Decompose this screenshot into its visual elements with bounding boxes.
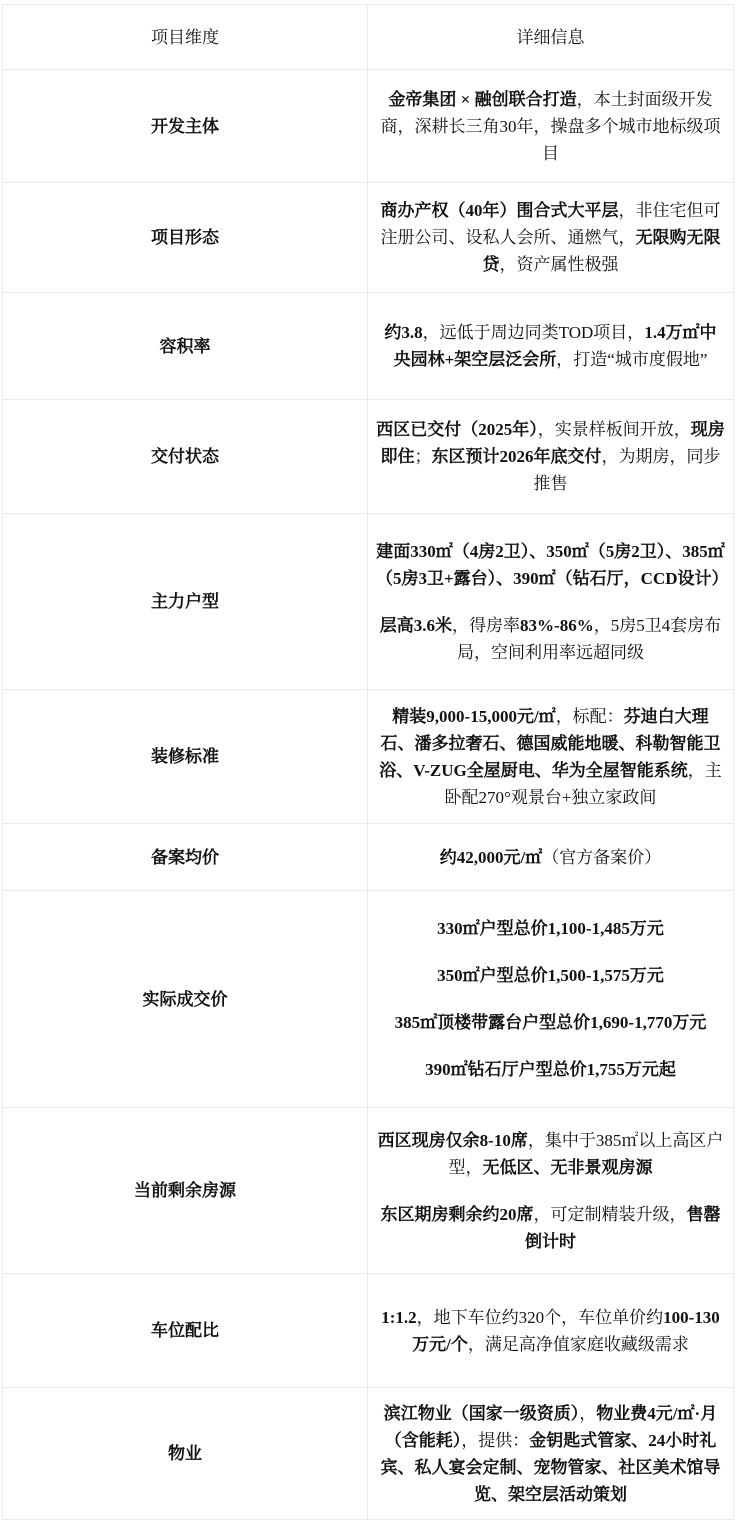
cell-paragraph: 西区已交付（2025年），实景样板间开放，现房即住；东区预计2026年底交付，为… (376, 416, 725, 497)
row-value: 商办产权（40年）围合式大平层，非住宅但可注册公司、设私人会所、通燃气，无限购无… (368, 183, 733, 292)
page: 项目维度 详细信息 开发主体 金帝集团 × 融创联合打造，本土封面级开发商，深耕… (0, 4, 740, 1526)
cell-paragraph: 约42,000元/㎡（官方备案价） (440, 844, 661, 871)
cell-paragraph: 西区现房仅余8-10席，集中于385㎡以上高区户型，无低区、无非景观房源 (376, 1127, 725, 1181)
table-row: 备案均价 约42,000元/㎡（官方备案价） (3, 824, 733, 891)
cell-paragraph: 350㎡户型总价1,500-1,575万元 (437, 962, 664, 989)
cell-paragraph: 滨江物业（国家一级资质），物业费4元/㎡·月（含能耗），提供：金钥匙式管家、24… (376, 1400, 725, 1508)
cell-paragraph: 金帝集团 × 融创联合打造，本土封面级开发商，深耕长三角30年，操盘多个城市地标… (376, 86, 725, 167)
row-value: 西区现房仅余8-10席，集中于385㎡以上高区户型，无低区、无非景观房源东区期房… (368, 1108, 733, 1273)
row-label: 备案均价 (3, 824, 368, 890)
row-value: 建面330㎡（4房2卫）、350㎡（5房2卫）、385㎡（5房3卫+露台）、39… (368, 514, 733, 689)
row-value: 精装9,000-15,000元/㎡，标配：芬迪白大理石、潘多拉奢石、德国威能地暖… (368, 690, 733, 823)
cell-paragraph: 层高3.6米，得房率83%-86%，5房5卫4套房布局，空间利用率远超同级 (376, 612, 725, 666)
table-header-row: 项目维度 详细信息 (3, 5, 733, 70)
row-value: 约42,000元/㎡（官方备案价） (368, 824, 733, 890)
project-info-table: 项目维度 详细信息 开发主体 金帝集团 × 融创联合打造，本土封面级开发商，深耕… (2, 4, 734, 1520)
table-row: 车位配比 1:1.2，地下车位约320个，车位单价约100-130万元/个，满足… (3, 1274, 733, 1388)
row-label: 容积率 (3, 293, 368, 399)
cell-paragraph: 约3.8，远低于周边同类TOD项目，1.4万㎡中央园林+架空层泛会所，打造“城市… (376, 319, 725, 373)
row-label: 实际成交价 (3, 891, 368, 1107)
table-row: 主力户型 建面330㎡（4房2卫）、350㎡（5房2卫）、385㎡（5房3卫+露… (3, 514, 733, 690)
row-value: 金帝集团 × 融创联合打造，本土封面级开发商，深耕长三角30年，操盘多个城市地标… (368, 70, 733, 182)
table-row: 实际成交价 330㎡户型总价1,100-1,485万元350㎡户型总价1,500… (3, 891, 733, 1108)
row-label: 交付状态 (3, 400, 368, 513)
row-label: 当前剩余房源 (3, 1108, 368, 1273)
cell-paragraph: 商办产权（40年）围合式大平层，非住宅但可注册公司、设私人会所、通燃气，无限购无… (376, 197, 725, 278)
table-row: 开发主体 金帝集团 × 融创联合打造，本土封面级开发商，深耕长三角30年，操盘多… (3, 70, 733, 183)
row-value: 1:1.2，地下车位约320个，车位单价约100-130万元/个，满足高净值家庭… (368, 1274, 733, 1387)
cell-paragraph: 建面330㎡（4房2卫）、350㎡（5房2卫）、385㎡（5房3卫+露台）、39… (376, 538, 725, 592)
table-row: 交付状态 西区已交付（2025年），实景样板间开放，现房即住；东区预计2026年… (3, 400, 733, 514)
row-value: 滨江物业（国家一级资质），物业费4元/㎡·月（含能耗），提供：金钥匙式管家、24… (368, 1388, 733, 1519)
cell-paragraph: 390㎡钻石厅户型总价1,755万元起 (425, 1056, 676, 1083)
cell-paragraph: 1:1.2，地下车位约320个，车位单价约100-130万元/个，满足高净值家庭… (376, 1304, 725, 1358)
cell-paragraph: 东区期房剩余约20席，可定制精装升级，售罄倒计时 (376, 1201, 725, 1255)
header-cell-detail: 详细信息 (368, 5, 733, 69)
header-cell-dimension: 项目维度 (3, 5, 368, 69)
row-label: 装修标准 (3, 690, 368, 823)
row-value: 330㎡户型总价1,100-1,485万元350㎡户型总价1,500-1,575… (368, 891, 733, 1107)
row-value: 约3.8，远低于周边同类TOD项目，1.4万㎡中央园林+架空层泛会所，打造“城市… (368, 293, 733, 399)
table-row: 装修标准 精装9,000-15,000元/㎡，标配：芬迪白大理石、潘多拉奢石、德… (3, 690, 733, 824)
row-value: 西区已交付（2025年），实景样板间开放，现房即住；东区预计2026年底交付，为… (368, 400, 733, 513)
cell-paragraph: 精装9,000-15,000元/㎡，标配：芬迪白大理石、潘多拉奢石、德国威能地暖… (376, 703, 725, 811)
table-row: 当前剩余房源 西区现房仅余8-10席，集中于385㎡以上高区户型，无低区、无非景… (3, 1108, 733, 1274)
cell-paragraph: 330㎡户型总价1,100-1,485万元 (437, 915, 664, 942)
row-label: 主力户型 (3, 514, 368, 689)
cell-paragraph: 385㎡顶楼带露台户型总价1,690-1,770万元 (395, 1009, 707, 1036)
row-label: 项目形态 (3, 183, 368, 292)
row-label: 开发主体 (3, 70, 368, 182)
row-label: 物业 (3, 1388, 368, 1519)
table-row: 容积率 约3.8，远低于周边同类TOD项目，1.4万㎡中央园林+架空层泛会所，打… (3, 293, 733, 400)
table-row: 项目形态 商办产权（40年）围合式大平层，非住宅但可注册公司、设私人会所、通燃气… (3, 183, 733, 293)
row-label: 车位配比 (3, 1274, 368, 1387)
table-row: 物业 滨江物业（国家一级资质），物业费4元/㎡·月（含能耗），提供：金钥匙式管家… (3, 1388, 733, 1519)
